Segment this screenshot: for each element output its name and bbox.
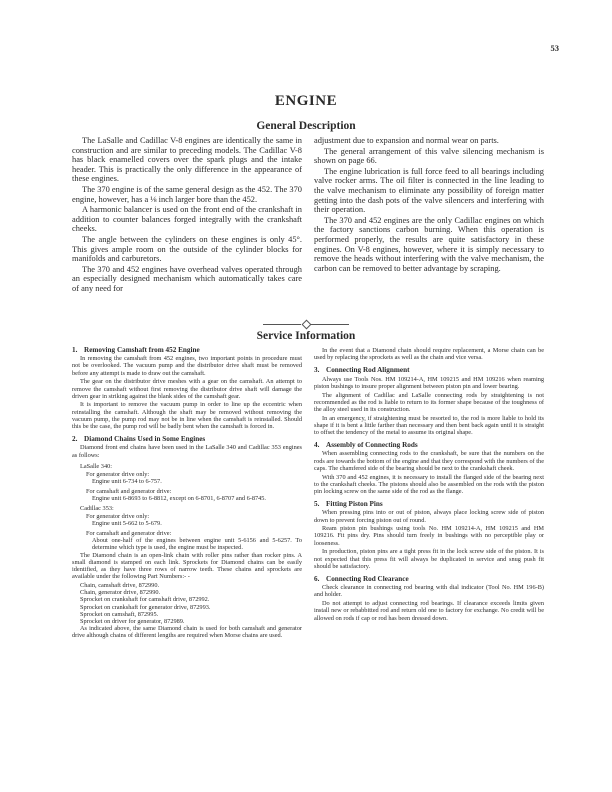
section-heading-2: 2.Diamond Chains Used in Some Engines: [72, 436, 302, 443]
paragraph: Do not attempt to adjust connecting rod …: [314, 600, 544, 622]
paragraph: When pressing pins into or out of piston…: [314, 509, 544, 523]
paragraph: The angle between the cylinders on these…: [72, 235, 302, 264]
rule-line: [311, 324, 349, 325]
part-number: Sprocket on driver for generator, 872989…: [80, 618, 302, 625]
drive-label: For generator drive only:: [86, 513, 302, 520]
paragraph: In an emergency, if straightening must b…: [314, 415, 544, 437]
paragraph: The gear on the distributor drive meshes…: [72, 378, 302, 400]
paragraph: When assembling connecting rods to the c…: [314, 450, 544, 472]
service-information-title: Service Information: [0, 330, 612, 342]
part-number: Chain, generator drive, 872990.: [80, 589, 302, 596]
chapter-title: ENGINE: [0, 93, 612, 110]
paragraph: A harmonic balancer is used on the front…: [72, 205, 302, 234]
general-description-right-column: adjustment due to expansion and normal w…: [314, 136, 544, 274]
section-heading-1: 1.Removing Camshaft from 452 Engine: [72, 347, 302, 354]
paragraph: The alignment of Cadillac and LaSalle co…: [314, 392, 544, 414]
engine-unit-range: Engine unit 6-8693 to 6-8812, except on …: [92, 495, 302, 502]
section-heading-3: 3.Connecting Rod Alignment: [314, 367, 544, 374]
paragraph: Ream piston pin bushings using tools No.…: [314, 525, 544, 547]
section-heading-6: 6.Connecting Rod Clearance: [314, 576, 544, 583]
drive-label: For generator drive only:: [86, 471, 302, 478]
paragraph: Diamond front end chains have been used …: [72, 444, 302, 458]
part-number: Sprocket on crankshaft for generator dri…: [80, 604, 302, 611]
paragraph: Check clearance in connecting rod bearin…: [314, 584, 544, 598]
engine-label: LaSalle 340:: [80, 463, 302, 470]
general-description-title: General Description: [0, 120, 612, 132]
paragraph: The LaSalle and Cadillac V-8 engines are…: [72, 136, 302, 184]
drive-label: For camshaft and generator drive:: [86, 530, 302, 537]
page-number: 53: [551, 43, 560, 53]
paragraph: The engine lubrication is full force fee…: [314, 167, 544, 215]
paragraph: The Diamond chain is an open-link chain …: [72, 552, 302, 581]
paragraph: adjustment due to expansion and normal w…: [314, 136, 544, 146]
paragraph: The 370 and 452 engines are the only Cad…: [314, 216, 544, 274]
engine-label: Cadillac 353:: [80, 505, 302, 512]
paragraph: In the event that a Diamond chain should…: [314, 347, 544, 361]
drive-label: For camshaft and generator drive:: [86, 488, 302, 495]
paragraph: In removing the camshaft from 452 engine…: [72, 355, 302, 377]
service-information-left-column: 1.Removing Camshaft from 452 Engine In r…: [72, 347, 302, 641]
part-number: Sprocket on camshaft, 872995.: [80, 611, 302, 618]
paragraph: As indicated above, the same Diamond cha…: [72, 625, 302, 639]
paragraph: It is important to remove the vacuum pum…: [72, 401, 302, 430]
diamond-icon: [302, 320, 312, 330]
engine-unit-range: Engine unit 5-662 to 5-679.: [92, 520, 302, 527]
part-number: Sprocket on crankshaft for camshaft driv…: [80, 596, 302, 603]
service-information-right-column: In the event that a Diamond chain should…: [314, 347, 544, 623]
part-number: Chain, camshaft drive, 872990.: [80, 582, 302, 589]
paragraph: With 370 and 452 engines, it is necessar…: [314, 474, 544, 496]
paragraph: The 370 engine is of the same general de…: [72, 185, 302, 204]
general-description-left-column: The LaSalle and Cadillac V-8 engines are…: [72, 136, 302, 295]
engine-unit-range: Engine unit 6-734 to 6-757.: [92, 478, 302, 485]
paragraph: The 370 and 452 engines have overhead va…: [72, 265, 302, 294]
paragraph: Always use Tools Nos. HM 109214-A, HM 10…: [314, 376, 544, 390]
diamond-rule-separator-icon: [263, 320, 349, 328]
paragraph: The general arrangement of this valve si…: [314, 147, 544, 166]
paragraph: In production, piston pins are a tight p…: [314, 548, 544, 570]
section-heading-4: 4.Assembly of Connecting Rods: [314, 442, 544, 449]
section-heading-5: 5.Fitting Piston Pins: [314, 501, 544, 508]
engine-unit-range: About one-half of the engines between en…: [92, 537, 302, 551]
rule-line: [263, 324, 301, 325]
